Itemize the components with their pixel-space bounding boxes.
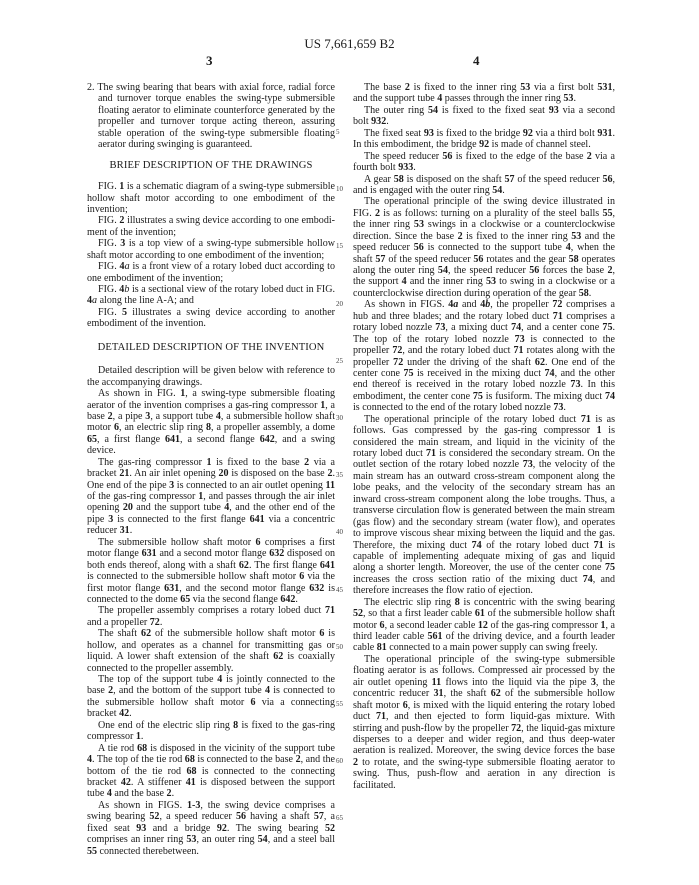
line-number: 15 bbox=[336, 242, 343, 250]
line-number: 45 bbox=[336, 586, 343, 594]
right-paragraphs: The base 2 is fixed to the inner ring 53… bbox=[353, 82, 615, 791]
claim-2: 2. The swing bearing that bears with axi… bbox=[76, 82, 335, 151]
paragraph: As shown in FIG. 1, a swing-type submers… bbox=[87, 388, 335, 457]
line-number: 60 bbox=[336, 757, 343, 765]
figure-description: FIG. 3 is a top view of a swing-type sub… bbox=[87, 238, 335, 261]
paragraph: As shown in FIGS. 4a and 4b, the propell… bbox=[353, 299, 615, 413]
line-number: 25 bbox=[336, 357, 343, 365]
paragraph: The shaft 62 of the submersible hollow s… bbox=[87, 628, 335, 674]
heading-brief-description: BRIEF DESCRIPTION OF THE DRAWINGS bbox=[87, 160, 335, 171]
figure-description: FIG. 1 is a schematic diagram of a swing… bbox=[87, 181, 335, 215]
line-number: 40 bbox=[336, 528, 343, 536]
line-number: 5 bbox=[336, 128, 340, 136]
line-number: 35 bbox=[336, 471, 343, 479]
right-column-number: 4 bbox=[473, 53, 480, 69]
line-number: 30 bbox=[336, 414, 343, 422]
line-number: 20 bbox=[336, 300, 343, 308]
figure-list: FIG. 1 is a schematic diagram of a swing… bbox=[87, 181, 335, 330]
paragraph: The operational principle of the rotary … bbox=[353, 414, 615, 597]
paragraph: The outer ring 54 is fixed to the fixed … bbox=[353, 105, 615, 128]
heading-detailed-description: DETAILED DESCRIPTION OF THE INVENTION bbox=[87, 342, 335, 353]
paragraph: The submersible hollow shaft motor 6 com… bbox=[87, 537, 335, 606]
line-number: 10 bbox=[336, 185, 343, 193]
paragraph: A tie rod 68 is disposed in the vicinity… bbox=[87, 743, 335, 800]
patent-number: US 7,661,659 B2 bbox=[0, 36, 699, 52]
figure-description: FIG. 4b is a sectional view of the rotar… bbox=[87, 284, 335, 307]
paragraph: The operational principle of the swing d… bbox=[353, 196, 615, 299]
left-paragraphs: Detailed description will be given below… bbox=[87, 365, 335, 857]
line-number: 55 bbox=[336, 700, 343, 708]
paragraph: The electric slip ring 8 is concentric w… bbox=[353, 597, 615, 654]
paragraph: A gear 58 is disposed on the shaft 57 of… bbox=[353, 174, 615, 197]
line-number: 50 bbox=[336, 643, 343, 651]
figure-description: FIG. 2 illustrates a swing device accord… bbox=[87, 215, 335, 238]
left-column-number: 3 bbox=[206, 53, 213, 69]
paragraph: The top of the support tube 4 is jointly… bbox=[87, 674, 335, 720]
paragraph: The speed reducer 56 is fixed to the edg… bbox=[353, 151, 615, 174]
paragraph: The base 2 is fixed to the inner ring 53… bbox=[353, 82, 615, 105]
figure-description: FIG. 5 illustrates a swing device accord… bbox=[87, 307, 335, 330]
paragraph: As shown in FIGS. 1-3, the swing device … bbox=[87, 800, 335, 857]
paragraph: One end of the electric slip ring 8 is f… bbox=[87, 720, 335, 743]
figure-description: FIG. 4a is a front view of a rotary lobe… bbox=[87, 261, 335, 284]
right-column: The base 2 is fixed to the inner ring 53… bbox=[353, 82, 615, 791]
paragraph: The gas-ring compressor 1 is fixed to th… bbox=[87, 457, 335, 537]
paragraph: Detailed description will be given below… bbox=[87, 365, 335, 388]
paragraph: The propeller assembly comprises a rotar… bbox=[87, 605, 335, 628]
paragraph: The operational principle of the swing-t… bbox=[353, 654, 615, 791]
paragraph: The fixed seat 93 is fixed to the bridge… bbox=[353, 128, 615, 151]
line-number: 65 bbox=[336, 814, 343, 822]
left-column: 2. The swing bearing that bears with axi… bbox=[87, 82, 335, 857]
